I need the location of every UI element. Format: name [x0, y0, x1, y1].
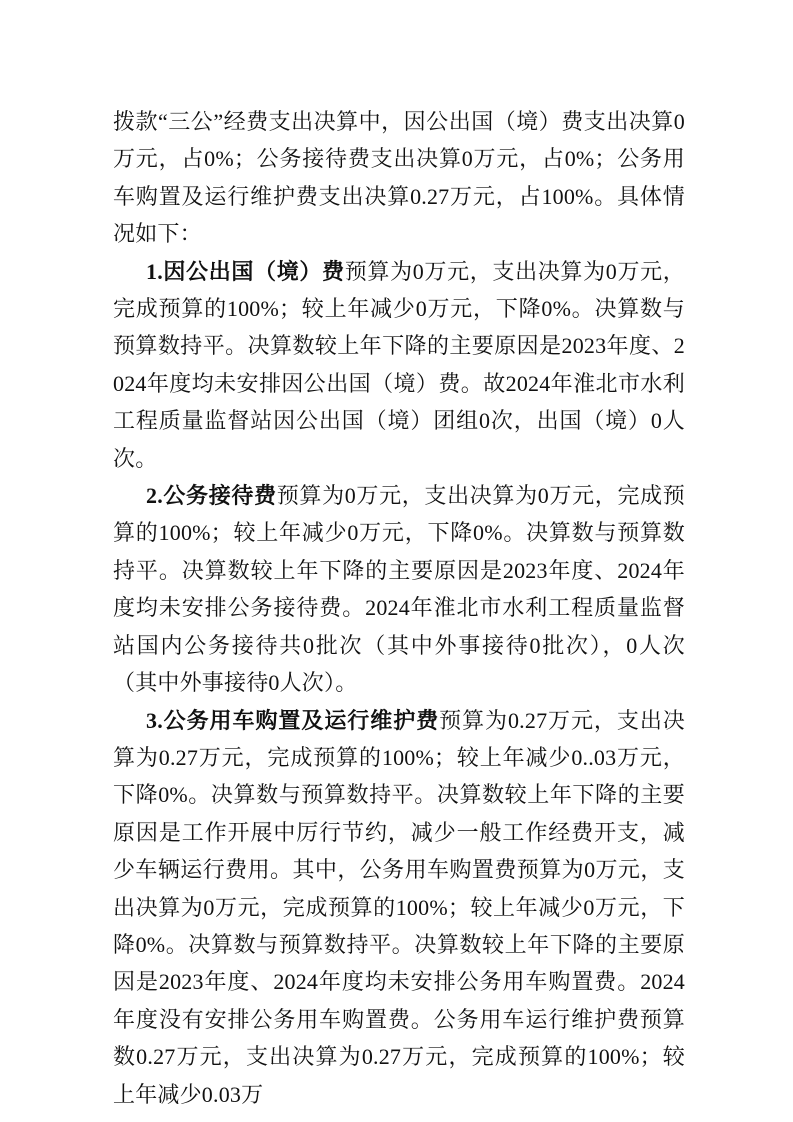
body-text-run: 拨款“三公”经费支出决算中，因公出国（境）费支出决算0万元，占0%；公务接待费支… [113, 109, 685, 246]
document-page: 拨款“三公”经费支出决算中，因公出国（境）费支出决算0万元，占0%；公务接待费支… [0, 0, 793, 1122]
section-heading-run: 3.公务用车购置及运行维护费 [146, 708, 439, 733]
body-text-run: 预算为0.27万元，支出决算为0.27万元，完成预算的100%；较上年减少0..… [113, 708, 685, 1107]
body-text-run: 预算为0万元，支出决算为0万元，完成预算的100%；较上年减少0万元，下降0%。… [113, 259, 685, 471]
section-heading-run: 1.因公出国（境）费 [146, 259, 345, 284]
paragraph-section-1-overseas-travel-expense: 1.因公出国（境）费预算为0万元，支出决算为0万元，完成预算的100%；较上年减… [113, 253, 685, 477]
body-text-run: 预算为0万元，支出决算为0万元，完成预算的100%；较上年减少0万元，下降0%。… [113, 483, 685, 695]
paragraph-overview-three-public-expenses: 拨款“三公”经费支出决算中，因公出国（境）费支出决算0万元，占0%；公务接待费支… [113, 103, 685, 253]
paragraph-section-2-official-reception-expense: 2.公务接待费预算为0万元，支出决算为0万元，完成预算的100%；较上年减少0万… [113, 477, 685, 701]
document-body: 拨款“三公”经费支出决算中，因公出国（境）费支出决算0万元，占0%；公务接待费支… [113, 103, 685, 1113]
paragraph-section-3-official-vehicle-expense: 3.公务用车购置及运行维护费预算为0.27万元，支出决算为0.27万元，完成预算… [113, 702, 685, 1113]
section-heading-run: 2.公务接待费 [146, 483, 277, 508]
